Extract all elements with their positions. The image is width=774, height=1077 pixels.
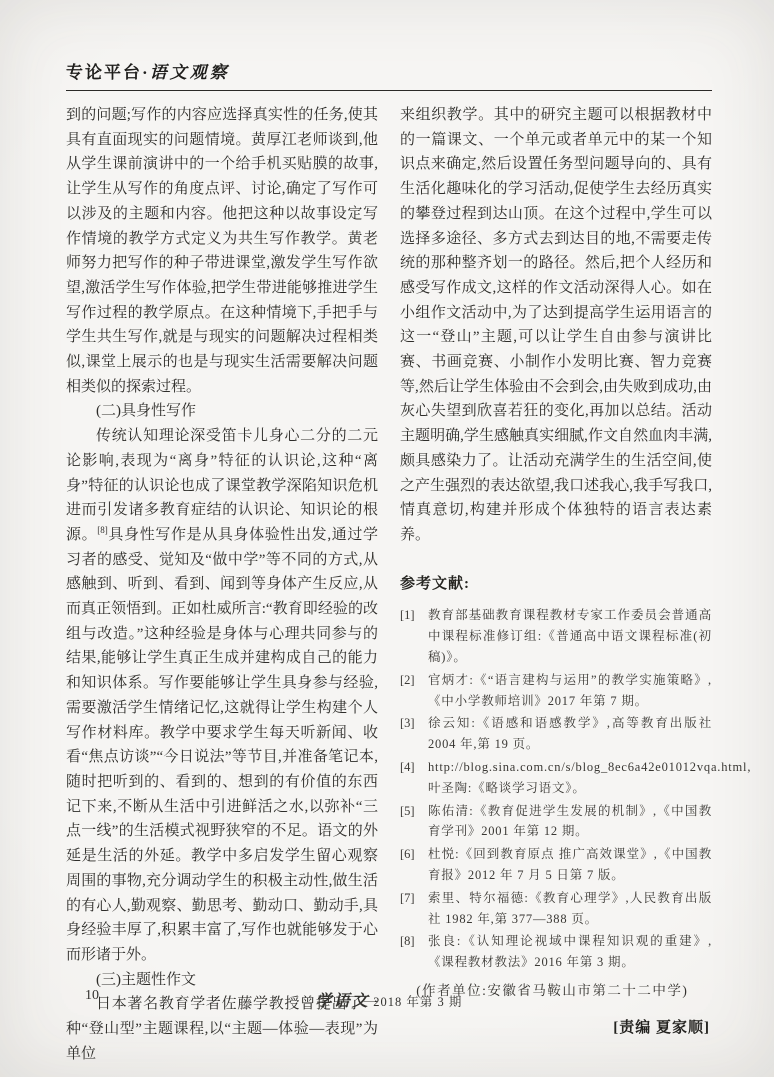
reference-text: 教育部基础教育课程教材专家工作委员会普通高中课程标准修订组:《普通高中语文课程标… (428, 608, 712, 664)
scanned-journal-page: 专论平台·语文观察 到的问题;写作的内容应选择真实性的任务,使其具有直面现实的问… (0, 0, 774, 1077)
reference-number: [5] (400, 801, 415, 822)
body-paragraph: 来组织教学。其中的研究主题可以根据教材中的一篇课文、一个单元或者单元中的某一个知… (400, 103, 712, 548)
page-footer: 10 学语文 2018 年第 3 期 (66, 988, 712, 1012)
header-separator: · (142, 63, 150, 82)
two-column-text: 到的问题;写作的内容应选择真实性的任务,使其具有直面现实的问题情境。黄厚江老师谈… (66, 103, 712, 1066)
reference-text: 官炳才:《“语言建构与运用”的教学实施策略》,《中小学教师培训》2017 年第 … (428, 673, 712, 708)
paragraph-text: 具身性写作是从具身体验性出发,通过学习者的感受、觉知及“做中学”等不同的方式,从… (66, 527, 378, 963)
reference-number: [1] (400, 605, 415, 626)
journal-issue: 2018 年第 3 期 (373, 995, 462, 1009)
reference-number: [7] (400, 888, 415, 909)
paragraph-text: 传统认知理论深受笛卡儿身心二分的二元论影响,表现为“离身”特征的认识论,这种“离… (66, 428, 378, 543)
reference-number: [3] (400, 713, 415, 734)
reference-entry: [4]http://blog.sina.com.cn/s/blog_8ec6a4… (400, 757, 712, 799)
page-content: 专论平台·语文观察 到的问题;写作的内容应选择真实性的任务,使其具有直面现实的问… (66, 58, 712, 1066)
citation-superscript: [8] (97, 525, 108, 535)
reference-text: 张良:《认知理论视域中课程知识观的重建》,《课程教材教法》2016 年第 3 期… (428, 934, 712, 969)
reference-entry: [6]杜悦:《回到教育原点 推广高效课堂》,《中国教育报》2012 年 7 月 … (400, 844, 712, 886)
reference-text: 徐云知:《语感和语感教学》,高等教育出版社 2004 年,第 19 页。 (428, 716, 712, 751)
reference-number: [2] (400, 670, 415, 691)
body-paragraph: 到的问题;写作的内容应选择真实性的任务,使其具有直面现实的问题情境。黄厚江老师谈… (66, 103, 378, 399)
reference-text: 索里、特尔福德:《教育心理学》,人民教育出版社 1982 年,第 377—388… (428, 891, 712, 926)
reference-entry: [5]陈佑清:《教育促进学生发展的机制》,《中国教育学刊》2001 年第 12 … (400, 801, 712, 843)
reference-number: [8] (400, 931, 415, 952)
section-label: 专论平台 (66, 63, 142, 82)
section-header: 专论平台·语文观察 (66, 58, 712, 83)
journal-footer-line: 学语文 2018 年第 3 期 (66, 988, 712, 1011)
column-name: 语文观察 (150, 63, 230, 82)
reference-text: 陈佑清:《教育促进学生发展的机制》,《中国教育学刊》2001 年第 12 期。 (428, 804, 712, 839)
body-paragraph: 传统认知理论深受笛卡儿身心二分的二元论影响,表现为“离身”特征的认识论,这种“离… (66, 424, 378, 967)
reference-entry: [3]徐云知:《语感和语感教学》,高等教育出版社 2004 年,第 19 页。 (400, 713, 712, 755)
reference-number: [6] (400, 844, 415, 865)
reference-entry: [1]教育部基础教育课程教材专家工作委员会普通高中课程标准修订组:《普通高中语文… (400, 605, 712, 667)
reference-number: [4] (400, 757, 415, 778)
references-title: 参考文献: (400, 572, 712, 597)
reference-entry: [8]张良:《认知理论视域中课程知识观的重建》,《课程教材教法》2016 年第 … (400, 931, 712, 973)
left-column: 到的问题;写作的内容应选择真实性的任务,使其具有直面现实的问题情境。黄厚江老师谈… (66, 103, 378, 1066)
reference-text: 杜悦:《回到教育原点 推广高效课堂》,《中国教育报》2012 年 7 月 5 日… (428, 847, 712, 882)
reference-entry: [7]索里、特尔福德:《教育心理学》,人民教育出版社 1982 年,第 377—… (400, 888, 712, 930)
responsible-editor: [责编 夏家顺] (400, 1016, 712, 1041)
right-column: 来组织教学。其中的研究主题可以根据教材中的一篇课文、一个单元或者单元中的某一个知… (400, 103, 712, 1066)
journal-name: 学语文 (316, 993, 370, 1010)
subheading-embodied-writing: (二)具身性写作 (66, 399, 378, 424)
reference-entry: [2]官炳才:《“语言建构与运用”的教学实施策略》,《中小学教师培训》2017 … (400, 670, 712, 712)
references-list: [1]教育部基础教育课程教材专家工作委员会普通高中课程标准修订组:《普通高中语文… (400, 605, 712, 973)
header-rule (66, 90, 712, 91)
reference-text: http://blog.sina.com.cn/s/blog_8ec6a42e0… (428, 760, 751, 795)
